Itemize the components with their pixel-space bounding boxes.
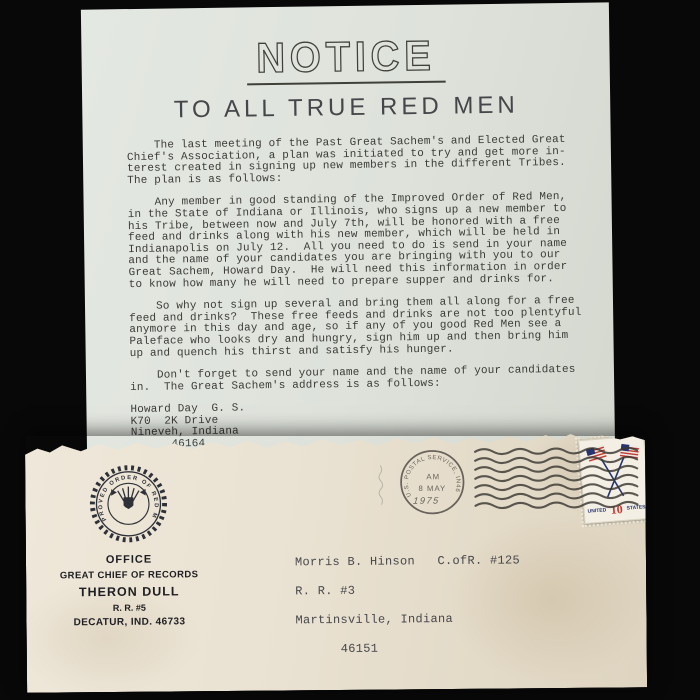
- notice-letter: NOTICE TO ALL TRUE RED MEN The last meet…: [81, 2, 615, 461]
- photo-background: NOTICE TO ALL TRUE RED MEN The last meet…: [0, 0, 700, 700]
- order-seal-icon: IMPROVED ORDER OF RED MEN: [87, 462, 170, 545]
- notice-subtitle: TO ALL TRUE RED MEN: [82, 90, 610, 125]
- recipient-address: Morris B. Hinson C.ofR. #125 R. R. #3 Ma…: [295, 546, 521, 664]
- cancellation-lines-icon: [473, 445, 642, 512]
- letter-paragraph: Don't forget to send your name and the n…: [130, 365, 602, 395]
- letter-paragraph: Any member in good standing of the Impro…: [128, 192, 601, 291]
- postmark-date: 8 MAY: [418, 484, 446, 493]
- letter-paragraph: So why not sign up several and bring the…: [129, 296, 602, 361]
- postmark-year: 1975: [413, 496, 440, 506]
- envelope: IMPROVED ORDER OF RED MEN OFFICE GREAT C…: [25, 433, 647, 692]
- notice-title: NOTICE: [246, 35, 445, 86]
- postmark-icon: U.S. POSTAL SERVICE, IN467 AM 8 MAY 1975: [393, 443, 472, 522]
- pencil-scribble: [375, 464, 385, 506]
- return-address-city: DECATUR, IND. 46733: [44, 616, 214, 628]
- return-address-title: GREAT CHIEF OF RECORDS: [44, 569, 214, 581]
- return-address: OFFICE GREAT CHIEF OF RECORDS THERON DUL…: [44, 553, 215, 628]
- return-address-name: THERON DULL: [44, 584, 214, 599]
- return-address-office: OFFICE: [44, 553, 214, 566]
- headdress-emblem-icon: [111, 486, 146, 508]
- letter-title-row: NOTICE: [81, 32, 610, 87]
- letter-paragraph: The last meeting of the Past Great Sache…: [127, 134, 600, 187]
- letter-body: The last meeting of the Past Great Sache…: [83, 134, 615, 452]
- return-address-route: R. R. #5: [44, 602, 214, 613]
- postmark-meridiem: AM: [426, 472, 440, 481]
